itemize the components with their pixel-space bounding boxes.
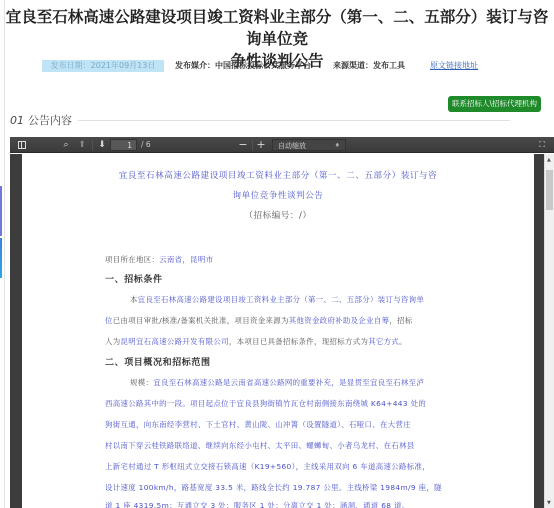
section2-line: 规模：宜良至石林高速公路是云南省高速公路网的重要补充，是显贯至宜良至石林至泸 <box>130 377 480 388</box>
search-icon[interactable]: ⌕ <box>60 137 72 153</box>
zoom-in-icon[interactable]: + <box>256 137 266 153</box>
text-span: 人为 <box>105 337 120 346</box>
left-border <box>4 0 5 508</box>
text-span: 。 <box>399 337 407 346</box>
publish-date: 发布日期：2021年09月13日 <box>42 60 164 72</box>
scroll-up-arrow-icon[interactable]: ▲ <box>547 157 551 163</box>
zoom-select-value: 自动缩放 <box>278 142 306 150</box>
tender-code: （招标编号：/） <box>22 209 534 221</box>
page-title-line1: 宜良至石林高速公路建设项目竣工资料业主部分（第一、二、五部分）装订与咨询单位竞 <box>0 6 554 50</box>
text-span: 其它方式 <box>368 337 399 346</box>
text-span: 昆明宜石高速公路开发有限公司 <box>120 337 228 346</box>
text-span: 规模： <box>130 378 153 387</box>
section2-line: 上新宅村通过 T 形枢纽式立交接石锁高速（K19+560），主线采用双向 6 车… <box>105 461 455 472</box>
section-heading: 01公告内容 <box>10 112 72 128</box>
section1-line: 位已由项目审批/核准/备案机关批准，项目资金来源为其他资金政府补助及企业自筹，招… <box>105 315 455 326</box>
section2-line: 设计速度 100km/h，路基宽度 33.5 米，路线全长约 19.787 公里… <box>105 482 455 493</box>
page-number-input[interactable]: 1 <box>110 139 137 151</box>
zoom-select[interactable]: 自动缩放 ♦ <box>272 139 346 151</box>
pdf-viewer: 宜良至石林高速公路建设项目竣工资料业主部分（第一、二、五部分）装订与咨 询单位竞… <box>10 154 544 508</box>
section-number: 01 <box>10 114 24 127</box>
section1-line: 本宜良至石林高速公路建设项目竣工资料业主部分（第一、二、五部分）装订与咨询单 <box>130 294 480 305</box>
project-region: 项目所在地区：云南省，昆明市 <box>105 254 455 265</box>
toolbar-separator <box>92 140 93 150</box>
select-caret-icon: ♦ <box>335 140 340 152</box>
text-span: ，招标 <box>389 316 412 325</box>
text-span: ，本项目已具备招标条件，现招标方式为 <box>229 337 368 346</box>
text-span: 宜良至石林高速公路是云南省高速公路网的重要补充，是显贯至宜良至石林至泸 <box>153 378 424 387</box>
section2-line: 西高速公路其中的一段。项目起点位于宜良县狗街镇竹瓦仓村南侧接东南绕城 K64+4… <box>105 398 455 409</box>
section-label: 公告内容 <box>28 114 72 127</box>
pdf-toolbar: ⌕ ⬆ ⬇ 1 / 6 − + 自动缩放 ♦ ⛶ <box>10 137 554 153</box>
text-span: 宜良至石林高速公路建设项目竣工资料业主部分（第一、二、五部分）装订与咨询单 <box>138 295 424 304</box>
announcement-meta: 发布日期：2021年09月13日 发布媒介：中国招标投标公共服务平台 来源渠道：… <box>0 60 554 74</box>
publish-media: 发布媒介：中国招标投标公共服务平台 <box>175 60 311 72</box>
zoom-out-icon[interactable]: − <box>238 137 248 153</box>
section1-heading: 一、招标条件 <box>105 272 163 285</box>
doc-title-line2: 询单位竞争性谈判公告 <box>22 189 534 201</box>
fullscreen-icon[interactable]: ⛶ <box>536 137 548 153</box>
text-span: 位 <box>105 316 113 325</box>
scroll-down-arrow-icon[interactable]: ▼ <box>547 500 551 506</box>
sidebar-toggle-icon[interactable] <box>16 137 28 153</box>
arrow-down-icon[interactable]: ⬇ <box>96 137 108 153</box>
source-channel: 来源渠道：发布工具 <box>333 60 405 72</box>
scroll-thumb[interactable] <box>546 170 553 210</box>
section-divider <box>78 120 510 121</box>
left-accent-bar <box>0 238 2 278</box>
arrow-up-icon[interactable]: ⬆ <box>76 137 88 153</box>
left-accent-bar <box>0 186 2 236</box>
pdf-scrollbar[interactable]: ▲ ▼ <box>544 154 554 508</box>
toolbar-separator <box>252 140 253 150</box>
text-span: 其他资金政府补助及企业自筹 <box>289 316 390 325</box>
contact-tenderer-button[interactable]: 联系招标人\招标代理机构 <box>448 96 541 112</box>
text-span: 已由项目审批/核准/备案机关批准，项目资金来源为 <box>113 316 289 325</box>
region-value: 云南省，昆明市 <box>159 255 213 264</box>
section2-line: 道 1 座 4319.5m；互通立交 3 处；服务区 1 处；分离立交 1 处；… <box>105 500 455 508</box>
section1-line: 人为昆明宜石高速公路开发有限公司，本项目已具备招标条件，现招标方式为其它方式。 <box>105 336 455 347</box>
section2-heading: 二、项目概况和招标范围 <box>105 355 211 368</box>
region-label: 项目所在地区： <box>105 255 159 264</box>
text-span: 本 <box>130 295 138 304</box>
pdf-page: 宜良至石林高速公路建设项目竣工资料业主部分（第一、二、五部分）装订与咨 询单位竞… <box>22 154 534 508</box>
section2-line: 村以南下穿云桂铁路联络道、继续向东经小屯村、太平田、螺蛳甸、小者乌龙村、在石林县 <box>105 440 455 451</box>
section2-line: 狗街互通，向东南经李营村、下土官村、黄山陇、山冲箐（设置隧道）、石哑口、在大营庄 <box>105 419 455 430</box>
page-total: / 6 <box>141 137 151 153</box>
doc-title-line1: 宜良至石林高速公路建设项目竣工资料业主部分（第一、二、五部分）装订与咨 <box>22 169 534 181</box>
original-link[interactable]: 原文链接地址 <box>430 60 478 72</box>
